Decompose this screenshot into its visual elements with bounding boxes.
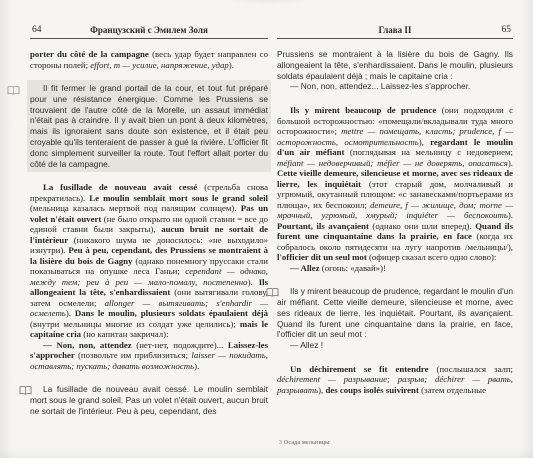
text-segment: La fusillade de nouveau avait cessé. Le … [30,384,268,416]
text-segment: ), [419,137,430,147]
text-segment: (позвольте им приблизиться; [78,350,191,360]
left-page-header: 64 Французский с Эмилем Золя [30,24,268,37]
text-segment: (поглядывая на мельницу с недоверием; [350,147,513,157]
text-segment: (внутри мельницы многие из солдат уже це… [30,319,240,329]
text-segment: méfiant — недоверчивый; méfier — не дове… [277,158,508,168]
header-rule [277,38,513,39]
text-segment: Ils y mirent beaucoup de prudence, regar… [277,286,513,339]
adapted-paragraph: Un déchirement se fit entendre (послышал… [277,364,513,396]
text-segment: (нет-нет, подождите)... [136,340,228,350]
plain-dialogue-line: — Non, non, attendez... Laissez-les s'ap… [277,81,513,92]
text-segment: ). [66,308,75,318]
page-number: 64 [32,24,42,36]
right-page-body: Prussiens se montraient à la lisière du … [277,49,513,395]
adapted-dialogue-line: — Allez (огонь: «давай»)! [277,263,513,274]
text-segment: (но капитан закричал): [83,329,168,339]
text-segment: La fusillade de nouveau avait cessé [43,182,204,192]
text-segment: (мельница казалась мертвой под палящим с… [30,203,241,213]
text-segment: — Non, non, attendez [43,340,136,350]
text-segment: (затем отдельные [421,385,486,395]
text-segment: Ils y mirent beaucoup de prudence [290,105,442,115]
text-segment: Il fit fermer le grand portail de la cou… [30,83,268,169]
running-title: Глава II [277,24,513,36]
left-page: 64 Французский с Эмилем Золя porter du c… [30,24,268,417]
text-segment: porter du côté de la campagne [30,49,152,59]
text-segment: (офицер сказал всего одно слово): [369,252,496,262]
open-book-icon [266,287,279,298]
plain-french-passage: Il fit fermer le grand portail de la cou… [30,83,268,169]
text-segment: (огонь: «давай»)! [322,263,386,273]
signature-note: 3 Осада мельницы [279,440,330,446]
open-book-icon [7,85,20,96]
adapted-paragraph: Ils y mirent beaucoup de prudence (они п… [277,105,513,263]
right-page-header: 65 Глава II [277,24,513,37]
text-segment: ). [508,158,513,168]
adapted-dialogue-line: — Non, non, attendez (нет-нет, подождите… [30,340,268,372]
text-segment: — Allez ! [290,340,323,350]
text-segment: — Non, non, attendez... Laissez-les s'ap… [290,81,470,91]
text-segment: ). [229,60,234,70]
open-book-icon [19,385,32,396]
plain-french-passage-continuation: Prussiens se montraient à la lisière du … [277,49,513,81]
plain-dialogue-line: — Allez ! [277,340,513,351]
text-segment: Prussiens se montraient à la lisière du … [277,49,513,81]
adapted-paragraph-continuation: porter du côté de la campagne (весь удар… [30,49,268,70]
right-page: 65 Глава II Prussiens se montraient à la… [277,24,513,395]
adapted-paragraph: La fusillade de nouveau avait cessé (стр… [30,182,268,340]
text-segment: Dans le moulin, plusieurs soldats épaula… [75,308,268,318]
text-segment: — Allez [290,263,322,273]
text-segment: l'officier dit un seul mot [277,252,369,262]
text-segment: ). [194,361,199,371]
left-page-body: porter du côté de la campagne (весь удар… [30,49,268,417]
text-segment: Pourtant, ils avançaient [277,221,372,231]
text-segment: effort, m — усилие, напряжение, удар [90,60,228,70]
header-rule [30,38,268,39]
text-segment: (однако они шли вперед). [372,221,475,231]
plain-french-passage: Ils y mirent beaucoup de prudence, regar… [277,286,513,340]
text-segment: ). [248,277,259,287]
page-number: 65 [502,24,512,36]
text-segment: des coups isolés suivirent [325,385,421,395]
text-segment: Un déchirement se fit entendre [290,364,436,374]
text-segment: Le moulin semblait mort sous le grand so… [89,193,268,203]
text-segment: (послышался залп; [436,364,513,374]
text-segment: ). [508,210,513,220]
plain-french-passage: La fusillade de nouveau avait cessé. Le … [30,384,268,416]
running-title: Французский с Эмилем Золя [30,24,268,36]
